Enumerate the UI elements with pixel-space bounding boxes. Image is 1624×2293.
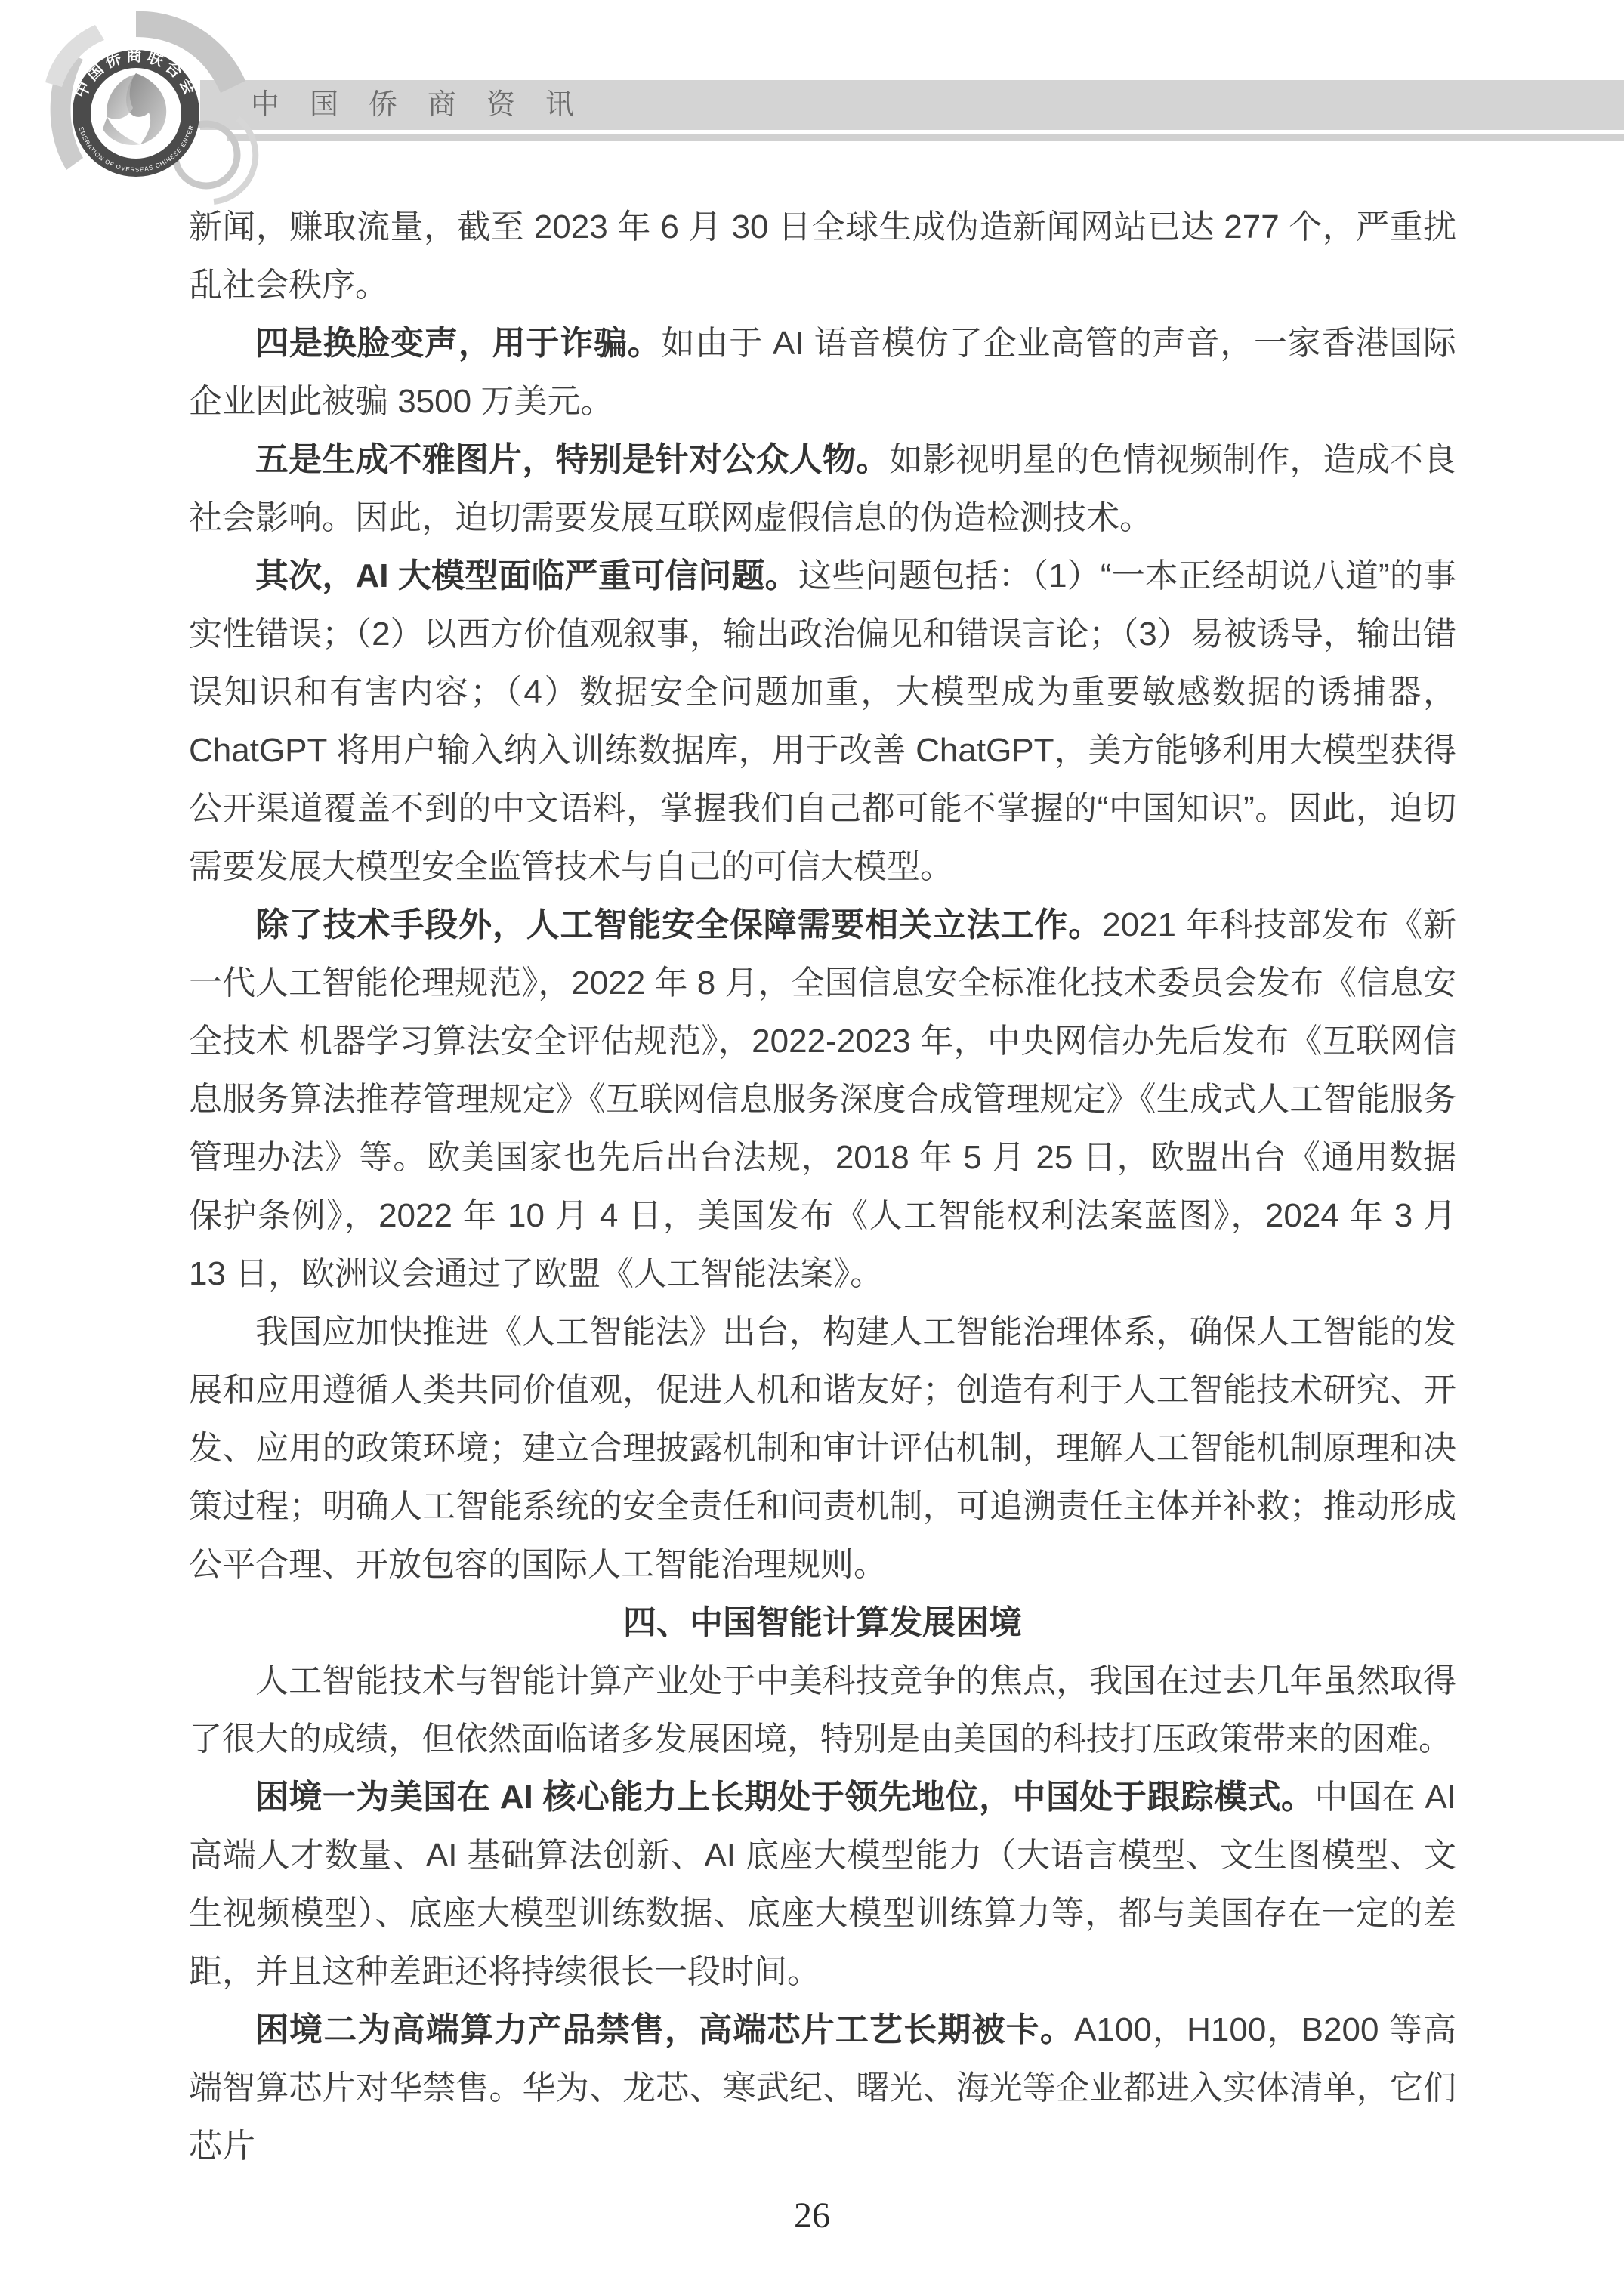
paragraph-text: 这些问题包括：（1）“一本正经胡说八道”的事实性错误；（2）以西方价值观叙事，输… bbox=[189, 557, 1456, 885]
paragraph-lead-bold: 其次，AI 大模型面临严重可信问题。 bbox=[255, 557, 798, 594]
paragraph-lead-bold: 除了技术手段外，人工智能安全保障需要相关立法工作。 bbox=[255, 906, 1102, 943]
paragraph-lead-bold: 困境二为高端算力产品禁售，高端芯片工艺长期被卡。 bbox=[255, 2011, 1074, 2048]
paragraph-text: 我国应加快推进《人工智能法》出台，构建人工智能治理体系，确保人工智能的发展和应用… bbox=[189, 1313, 1456, 1583]
paragraph-lead-bold: 困境一为美国在 AI 核心能力上长期处于领先地位，中国处于跟踪模式。 bbox=[255, 1779, 1314, 1816]
organization-logo-icon: 中国侨商联合会 CHINA FEDERATION OF OVERSEAS CHI… bbox=[23, 4, 264, 223]
paragraph-lead-bold: 五是生成不雅图片，特别是针对公众人物。 bbox=[255, 441, 889, 478]
paragraph: 新闻，赚取流量，截至 2023 年 6 月 30 日全球生成伪造新闻网站已达 2… bbox=[189, 198, 1456, 314]
section-heading: 四、中国智能计算发展困境 bbox=[189, 1594, 1456, 1652]
header-thin-bar bbox=[227, 134, 1624, 141]
document-body: 新闻，赚取流量，截至 2023 年 6 月 30 日全球生成伪造新闻网站已达 2… bbox=[189, 198, 1456, 2175]
paragraph: 其次，AI 大模型面临严重可信问题。这些问题包括：（1）“一本正经胡说八道”的事… bbox=[189, 547, 1456, 896]
paragraph: 困境二为高端算力产品禁售，高端芯片工艺长期被卡。A100，H100，B200 等… bbox=[189, 2001, 1456, 2175]
paragraph: 四是换脸变声，用于诈骗。如由于 AI 语音模仿了企业高管的声音，一家香港国际企业… bbox=[189, 314, 1456, 431]
paragraph-text: 人工智能技术与智能计算产业处于中美科技竞争的焦点，我国在过去几年虽然取得了很大的… bbox=[189, 1662, 1456, 1758]
page-number: 26 bbox=[0, 2195, 1624, 2236]
header-banner-title: 中国侨商资讯 bbox=[251, 80, 604, 130]
paragraph: 除了技术手段外，人工智能安全保障需要相关立法工作。2021 年科技部发布《新一代… bbox=[189, 896, 1456, 1303]
paragraph-text: 新闻，赚取流量，截至 2023 年 6 月 30 日全球生成伪造新闻网站已达 2… bbox=[189, 208, 1456, 304]
paragraph: 我国应加快推进《人工智能法》出台，构建人工智能治理体系，确保人工智能的发展和应用… bbox=[189, 1303, 1456, 1594]
paragraph: 五是生成不雅图片，特别是针对公众人物。如影视明星的色情视频制作，造成不良社会影响… bbox=[189, 431, 1456, 547]
header-band: 中国侨商资讯 bbox=[200, 80, 1624, 130]
paragraph-text: 2021 年科技部发布《新一代人工智能伦理规范》，2022 年 8 月，全国信息… bbox=[189, 906, 1456, 1292]
paragraph: 人工智能技术与智能计算产业处于中美科技竞争的焦点，我国在过去几年虽然取得了很大的… bbox=[189, 1652, 1456, 1768]
paragraph: 困境一为美国在 AI 核心能力上长期处于领先地位，中国处于跟踪模式。中国在 AI… bbox=[189, 1768, 1456, 2001]
paragraph-lead-bold: 四是换脸变声，用于诈骗。 bbox=[255, 325, 662, 362]
document-page: 中国侨商资讯 中国侨商联合会 bbox=[0, 0, 1624, 2293]
